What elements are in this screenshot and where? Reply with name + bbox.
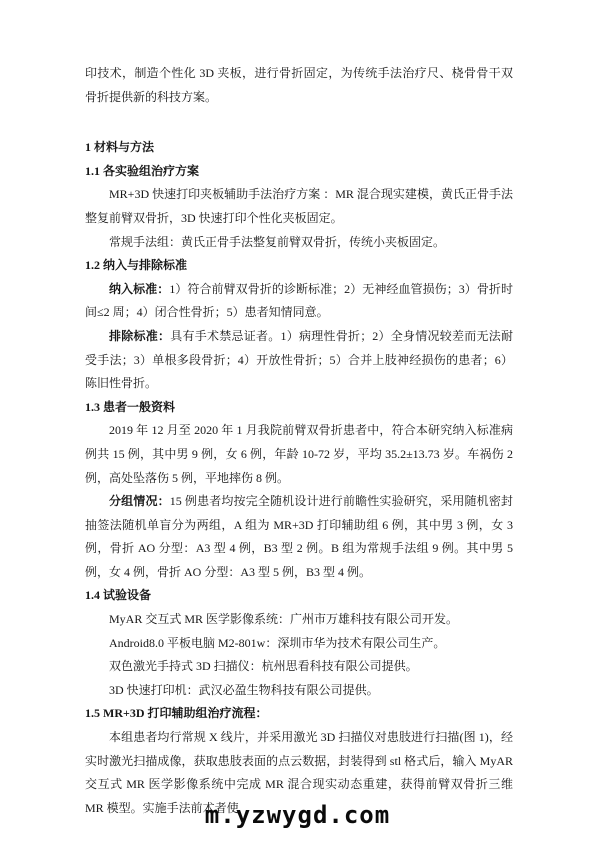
heading-equipment: 1.4 试验设备: [85, 584, 513, 608]
paragraph-routine-plan: 常规手法组：黄氏正骨手法整复前臂双骨折，传统小夹板固定。: [85, 231, 513, 255]
equipment-item-3d-scanner: 双色激光手持式 3D 扫描仪：杭州思看科技有限公司提供。: [85, 655, 513, 679]
document-page: 印技术，制造个性化 3D 夹板，进行骨折固定，为传统手法治疗尺、桡骨骨干双骨折提…: [0, 0, 595, 842]
equipment-item-tablet: Android8.0 平板电脑 M2-801w：深圳市华为技术有限公司生产。: [85, 632, 513, 656]
paragraph-exclusion-criteria: 排除标准：具有手术禁忌证者。1）病理性骨折；2）全身情况较差而无法耐受手法；3）…: [85, 325, 513, 396]
paragraph-intro-continuation: 印技术，制造个性化 3D 夹板，进行骨折固定，为传统手法治疗尺、桡骨骨干双骨折提…: [85, 62, 513, 109]
paragraph-mr3d-plan: MR+3D 快速打印夹板辅助手法治疗方案 ：MR 混合现实建模，黄氏正骨手法整复…: [85, 183, 513, 230]
watermark-url: m.yzwygd.com: [0, 801, 595, 829]
heading-mr3d-procedure: 1.5 MR+3D 打印辅助组治疗流程：: [85, 702, 513, 726]
grouping-label: 分组情况：: [109, 494, 170, 508]
heading-inclusion-exclusion-criteria: 1.2 纳入与排除标准: [85, 254, 513, 278]
heading-patient-general-data: 1.3 患者一般资料: [85, 396, 513, 420]
document-body: 印技术，制造个性化 3D 夹板，进行骨折固定，为传统手法治疗尺、桡骨骨干双骨折提…: [85, 62, 513, 820]
exclusion-criteria-label: 排除标准：: [109, 329, 170, 343]
paragraph-grouping: 分组情况：15 例患者均按完全随机设计进行前瞻性实验研究，采用随机密封抽签法随机…: [85, 490, 513, 584]
equipment-item-myar: MyAR 交互式 MR 医学影像系统：广州市万雄科技有限公司开发。: [85, 608, 513, 632]
heading-treatment-plans: 1.1 各实验组治疗方案: [85, 160, 513, 184]
inclusion-criteria-label: 纳入标准：: [109, 282, 169, 296]
paragraph-patient-general-data: 2019 年 12 月至 2020 年 1 月我院前臂双骨折患者中，符合本研究纳…: [85, 419, 513, 490]
equipment-item-3d-printer: 3D 快速打印机：武汉必盈生物科技有限公司提供。: [85, 679, 513, 703]
heading-materials-and-methods: 1 材料与方法: [85, 136, 513, 160]
paragraph-inclusion-criteria: 纳入标准：1）符合前臂双骨折的诊断标准；2）无神经血管损伤；3）骨折时间≤2 周…: [85, 278, 513, 325]
